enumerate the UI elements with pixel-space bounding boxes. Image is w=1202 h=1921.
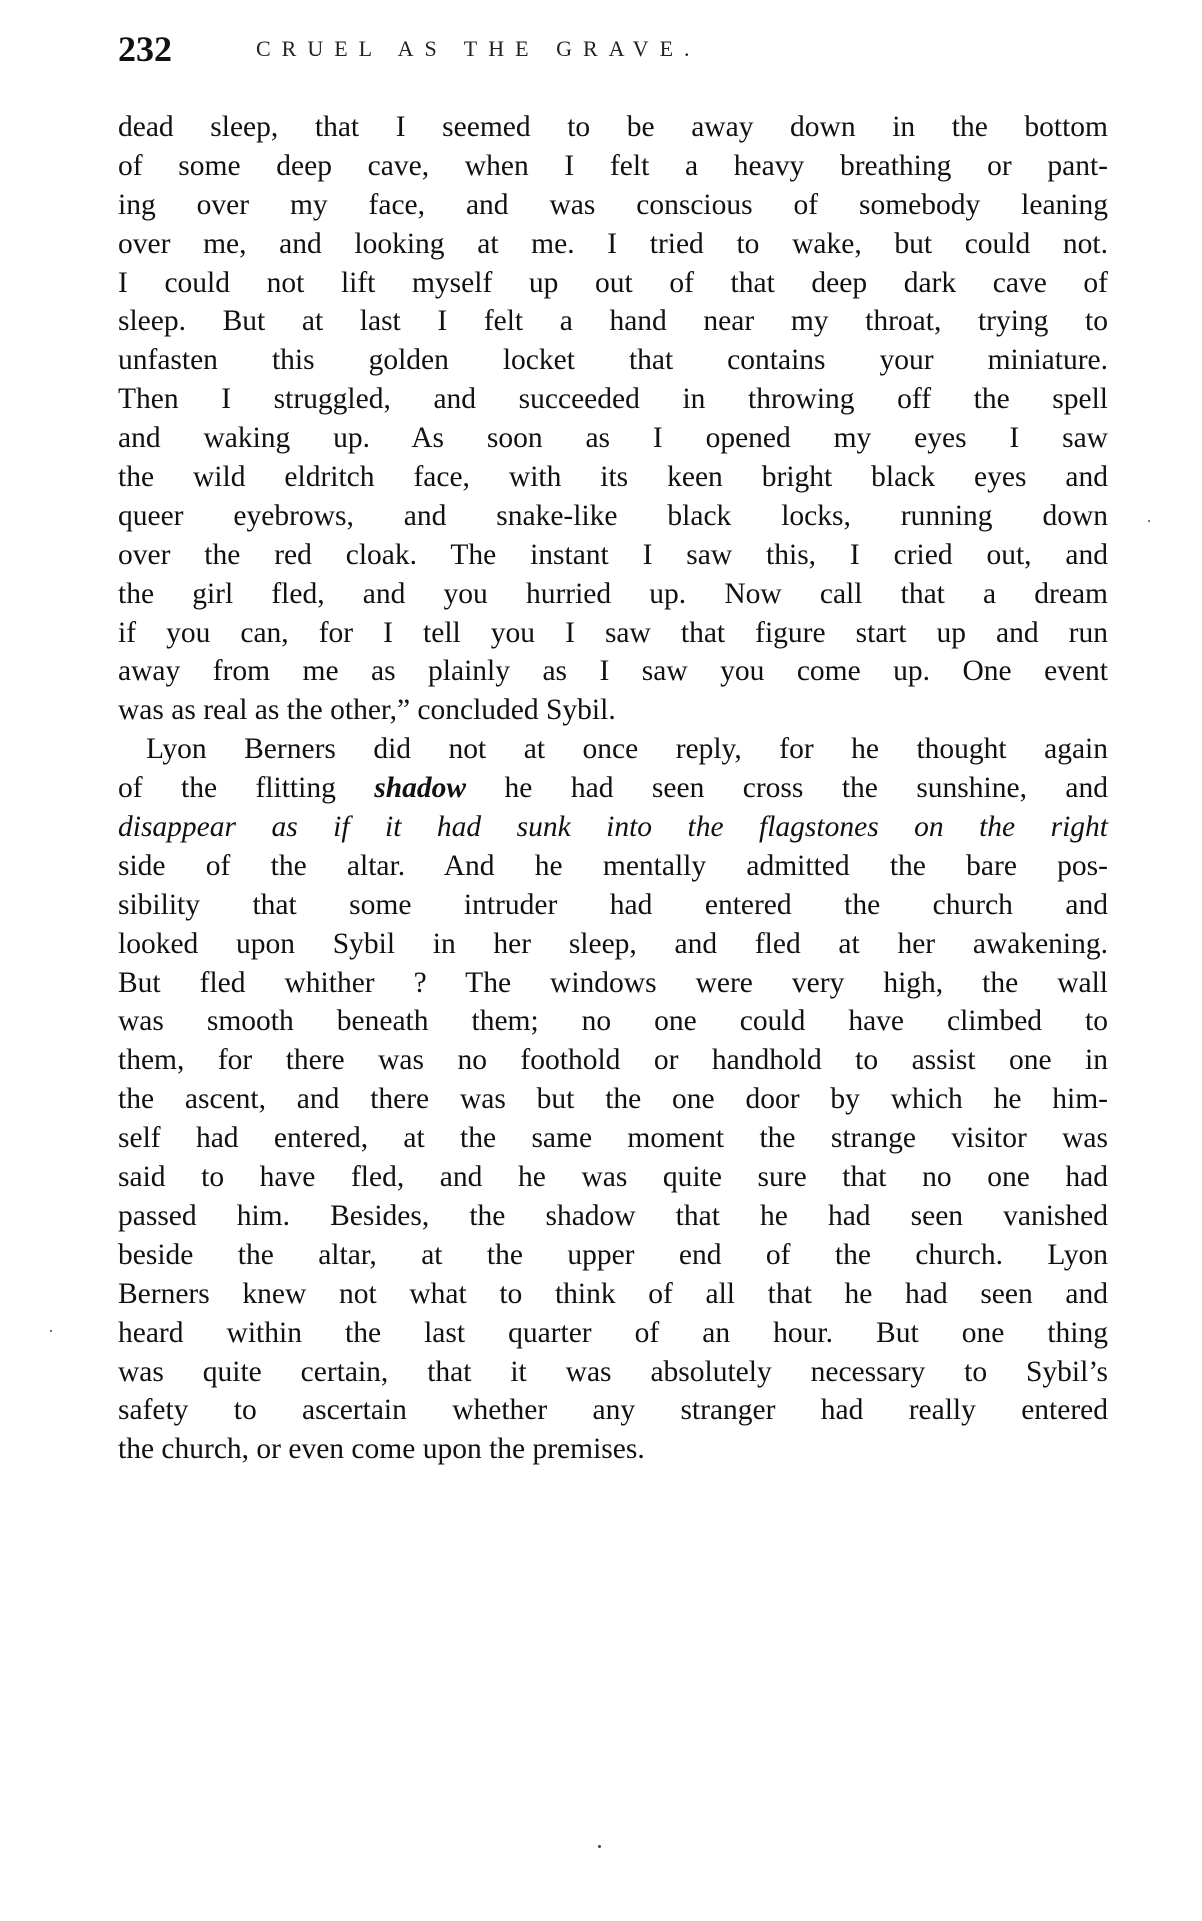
- paragraph-start-line: Lyon Berners did not at once reply, for …: [118, 730, 1108, 769]
- text-span: of the flitting: [118, 772, 374, 804]
- text-line: and waking up. As soon as I opened my ey…: [118, 419, 1108, 458]
- text-line: sleep. But at last I felt a hand near my…: [118, 302, 1108, 341]
- text-line: them, for there was no foothold or handh…: [118, 1041, 1108, 1080]
- text-line: over the red cloak. The instant I saw th…: [118, 536, 1108, 575]
- scan-speck: [1148, 520, 1150, 522]
- text-line: Then I struggled, and succeeded in throw…: [118, 380, 1108, 419]
- text-line: looked upon Sybil in her sleep, and fled…: [118, 925, 1108, 964]
- italic-text-line: disappear as if it had sunk into the fla…: [118, 808, 1108, 847]
- body-text: dead sleep, that I seemed to be away dow…: [118, 108, 1108, 1469]
- text-line: side of the altar. And he mentally admit…: [118, 847, 1108, 886]
- text-line: self had entered, at the same moment the…: [118, 1119, 1108, 1158]
- text-line: the ascent, and there was but the one do…: [118, 1080, 1108, 1119]
- text-line: safety to ascertain whether any stranger…: [118, 1391, 1108, 1430]
- text-line-with-italic: of the flitting shadow he had seen cross…: [118, 769, 1108, 808]
- scan-speck: [50, 1330, 52, 1332]
- italic-emphasis: shadow: [374, 772, 466, 804]
- text-line: said to have fled, and he was quite sure…: [118, 1158, 1108, 1197]
- text-line: the wild eldritch face, with its keen br…: [118, 458, 1108, 497]
- text-line: dead sleep, that I seemed to be away dow…: [118, 108, 1108, 147]
- text-line: the girl fled, and you hurried up. Now c…: [118, 575, 1108, 614]
- text-line: unfasten this golden locket that contain…: [118, 341, 1108, 380]
- text-span: he had seen cross the sunshine, and: [466, 772, 1108, 804]
- text-line: over me, and looking at me. I tried to w…: [118, 225, 1108, 264]
- text-line: sibility that some intruder had entered …: [118, 886, 1108, 925]
- text-line: away from me as plainly as I saw you com…: [118, 652, 1108, 691]
- text-line: was smooth beneath them; no one could ha…: [118, 1002, 1108, 1041]
- paragraph-end-line: was as real as the other,” concluded Syb…: [118, 691, 1108, 730]
- text-line: Berners knew not what to think of all th…: [118, 1275, 1108, 1314]
- running-title: CRUEL AS THE GRAVE.: [256, 36, 701, 62]
- text-line: But fled whither ? The windows were very…: [118, 964, 1108, 1003]
- text-line: if you can, for I tell you I saw that fi…: [118, 614, 1108, 653]
- text-line: was quite certain, that it was absolutel…: [118, 1353, 1108, 1392]
- page-header: 232 CRUEL AS THE GRAVE.: [118, 28, 1108, 78]
- text-line: of some deep cave, when I felt a heavy b…: [118, 147, 1108, 186]
- text-line: beside the altar, at the upper end of th…: [118, 1236, 1108, 1275]
- text-line: ing over my face, and was conscious of s…: [118, 186, 1108, 225]
- paragraph-end-line: the church, or even come upon the premis…: [118, 1430, 1108, 1469]
- text-line: queer eyebrows, and snake-like black loc…: [118, 497, 1108, 536]
- text-line: passed him. Besides, the shadow that he …: [118, 1197, 1108, 1236]
- text-line: heard within the last quarter of an hour…: [118, 1314, 1108, 1353]
- scan-speck: [598, 1845, 601, 1848]
- text-line: I could not lift myself up out of that d…: [118, 264, 1108, 303]
- page-number: 232: [118, 28, 172, 70]
